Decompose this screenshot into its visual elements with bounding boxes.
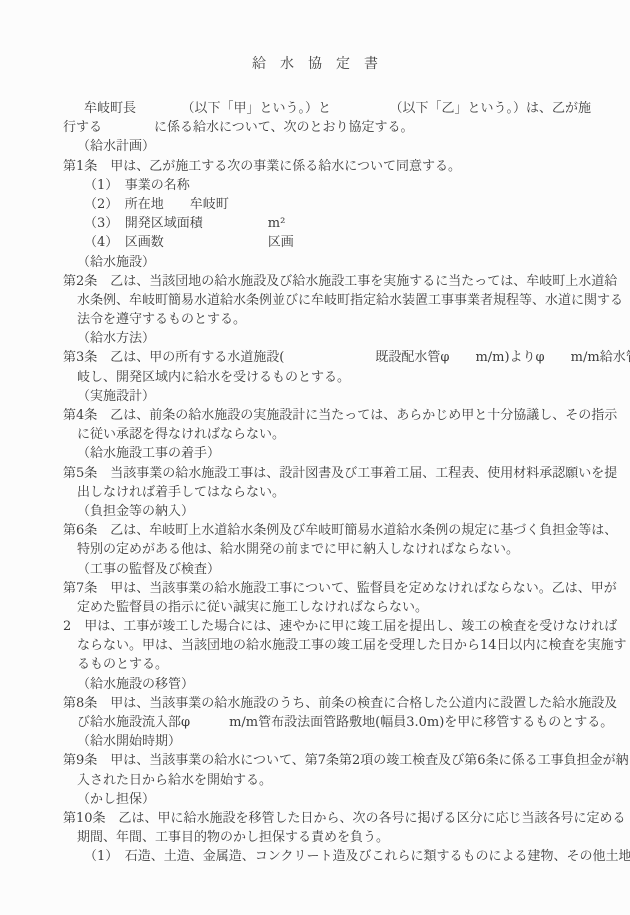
text-line: 行する に係る給水について、次のとおり協定する。 bbox=[63, 118, 618, 137]
text-line: 第3条 乙は、甲の所有する水道施設( 既設配水管φ m/m)よりφ m/m給水管… bbox=[63, 348, 618, 367]
text-line: 定めた監督員の指示に従い誠実に施工しなければならない。 bbox=[63, 598, 618, 617]
text-line: 第1条 甲は、乙が施工する次の事業に係る給水について同意する。 bbox=[63, 157, 618, 176]
text-line: （給水方法） bbox=[63, 329, 618, 348]
text-line: 特別の定めがある他は、給水開発の前までに甲に納入しなければならない。 bbox=[63, 540, 618, 559]
document-title: 給 水 協 定 書 bbox=[0, 54, 630, 74]
text-line: ならない。甲は、当該団地の給水施設工事の竣工届を受理した日から14日以内に検査を… bbox=[63, 636, 618, 655]
text-line: （2） 所在地 牟岐町 bbox=[63, 195, 618, 214]
text-line: 水条例、牟岐町簡易水道給水条例並びに牟岐町指定給水装置工事事業者規程等、水道に関… bbox=[63, 291, 618, 310]
text-line: （給水計画） bbox=[63, 137, 618, 156]
text-line: （1） 事業の名称 bbox=[63, 176, 618, 195]
text-line: 第9条 甲は、当該事業の給水について、第7条第2項の竣工検査及び第6条に係る工事… bbox=[63, 751, 618, 770]
text-line: び給水施設流入部φ m/m管布設法面管路敷地(幅員3.0m)を甲に移管するものと… bbox=[63, 713, 618, 732]
text-line: るものとする。 bbox=[63, 655, 618, 674]
text-line: 期間、年間、工事目的物のかし担保する責めを負う。 bbox=[63, 828, 618, 847]
text-line: 法令を遵守するものとする。 bbox=[63, 310, 618, 329]
text-line: 出しなければ着手してはならない。 bbox=[63, 483, 618, 502]
text-line: 入された日から給水を開始する。 bbox=[63, 771, 618, 790]
text-line: に従い承認を得なければならない。 bbox=[63, 425, 618, 444]
text-line: 第6条 乙は、牟岐町上水道給水条例及び牟岐町簡易水道給水条例の規定に基づく負担金… bbox=[63, 521, 618, 540]
text-line: （負担金等の納入） bbox=[63, 502, 618, 521]
document-page: 給 水 協 定 書 牟岐町長 （以下「甲」という。）と （以下「乙」という。）は… bbox=[0, 0, 630, 915]
text-line: （3） 開発区域面積 m² bbox=[63, 214, 618, 233]
text-line: （給水施設の移管） bbox=[63, 675, 618, 694]
text-line: （工事の監督及び検査） bbox=[63, 560, 618, 579]
text-line: 第7条 甲は、当該事業の給水施設工事について、監督員を定めなければならない。乙は… bbox=[63, 579, 618, 598]
text-line: （実施設計） bbox=[63, 387, 618, 406]
document-content: 牟岐町長 （以下「甲」という。）と （以下「乙」という。）は、乙が施行する に係… bbox=[0, 99, 630, 867]
text-line: 牟岐町長 （以下「甲」という。）と （以下「乙」という。）は、乙が施 bbox=[63, 99, 618, 118]
text-line: 第10条 乙は、甲に給水施設を移管した日から、次の各号に掲げる区分に応じ当該各号… bbox=[63, 809, 618, 828]
text-line: （給水施設） bbox=[63, 253, 618, 272]
text-line: （1） 石造、土造、金属造、コンクリート造及びこれらに類するものによる建物、その… bbox=[63, 847, 618, 866]
text-line: （給水開始時期） bbox=[63, 732, 618, 751]
text-line: 2 甲は、工事が竣工した場合には、速やかに甲に竣工届を提出し、竣工の検査を受けな… bbox=[63, 617, 618, 636]
text-line: （かし担保） bbox=[63, 790, 618, 809]
text-line: 第2条 乙は、当該団地の給水施設及び給水施設工事を実施するに当たっては、牟岐町上… bbox=[63, 272, 618, 291]
text-line: （給水施設工事の着手） bbox=[63, 444, 618, 463]
text-line: 第5条 当該事業の給水施設工事は、設計図書及び工事着工届、工程表、使用材料承認願… bbox=[63, 464, 618, 483]
text-line: 岐し、開発区域内に給水を受けるものとする。 bbox=[63, 368, 618, 387]
text-line: 第8条 甲は、当該事業の給水施設のうち、前条の検査に合格した公道内に設置した給水… bbox=[63, 694, 618, 713]
text-line: 第4条 乙は、前条の給水施設の実施設計に当たっては、あらかじめ甲と十分協議し、そ… bbox=[63, 406, 618, 425]
text-line: （4） 区画数 区画 bbox=[63, 233, 618, 252]
